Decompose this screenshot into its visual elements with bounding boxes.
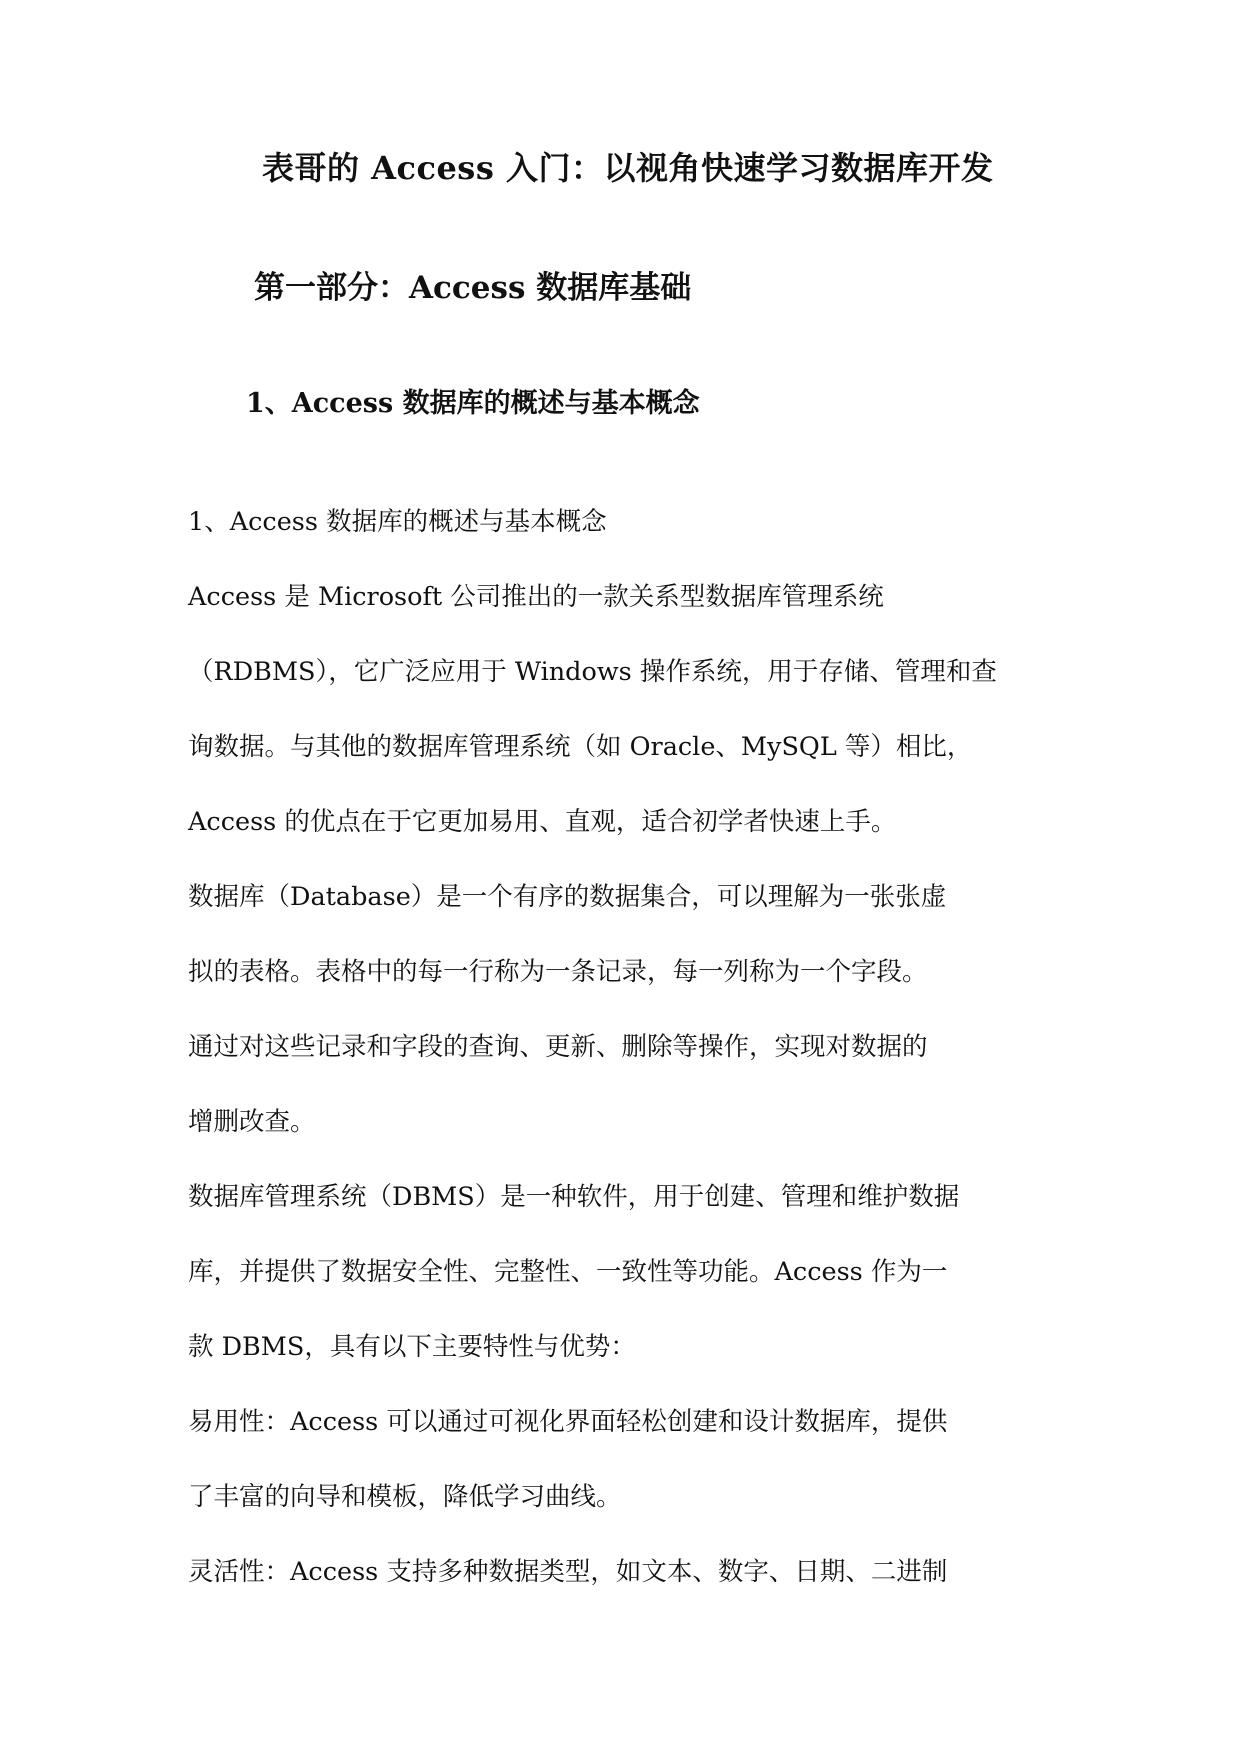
- body-line: 库，并提供了数据安全性、完整性、一致性等功能。Access 作为一: [188, 1247, 1058, 1322]
- body-line: 1、Access 数据库的概述与基本概念: [188, 497, 1058, 572]
- body-line: 灵活性：Access 支持多种数据类型，如文本、数字、日期、二进制: [188, 1547, 1058, 1622]
- body-line: 易用性：Access 可以通过可视化界面轻松创建和设计数据库，提供: [188, 1397, 1058, 1472]
- body-text: 1、Access 数据库的概述与基本概念 Access 是 Microsoft …: [188, 497, 1058, 1622]
- body-line: 拟的表格。表格中的每一行称为一条记录，每一列称为一个字段。: [188, 947, 1058, 1022]
- body-line: Access 的优点在于它更加易用、直观，适合初学者快速上手。: [188, 797, 1058, 872]
- body-line: 款 DBMS，具有以下主要特性与优势：: [188, 1322, 1058, 1397]
- body-line: 通过对这些记录和字段的查询、更新、删除等操作，实现对数据的: [188, 1022, 1058, 1097]
- body-line: 数据库（Database）是一个有序的数据集合，可以理解为一张张虚: [188, 872, 1058, 947]
- part-heading: 第一部分：Access 数据库基础: [254, 268, 691, 308]
- document-title: 表哥的 Access 入门：以视角快速学习数据库开发: [262, 148, 993, 188]
- body-line: （RDBMS），它广泛应用于 Windows 操作系统，用于存储、管理和查: [188, 647, 1058, 722]
- body-line: 询数据。与其他的数据库管理系统（如 Oracle、MySQL 等）相比，: [188, 722, 1058, 797]
- body-line: 数据库管理系统（DBMS）是一种软件，用于创建、管理和维护数据: [188, 1172, 1058, 1247]
- body-line: 增删改查。: [188, 1097, 1058, 1172]
- body-line: 了丰富的向导和模板，降低学习曲线。: [188, 1472, 1058, 1547]
- document-page: 表哥的 Access 入门：以视角快速学习数据库开发 第一部分：Access 数…: [0, 0, 1240, 1753]
- section-heading: 1、Access 数据库的概述与基本概念: [246, 386, 700, 422]
- body-line: Access 是 Microsoft 公司推出的一款关系型数据库管理系统: [188, 572, 1058, 647]
